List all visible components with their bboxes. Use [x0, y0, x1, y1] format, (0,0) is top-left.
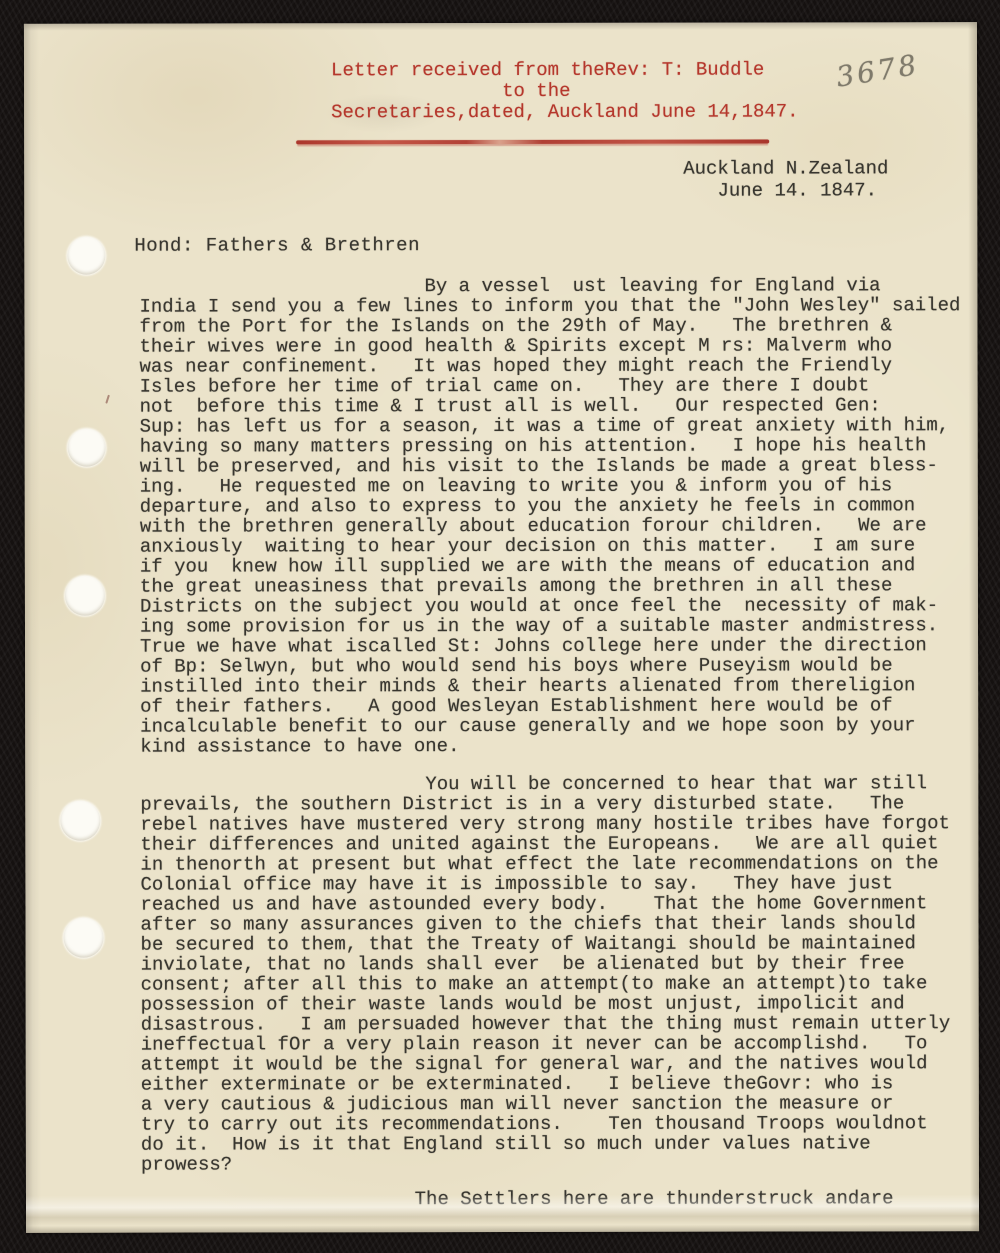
letter-line: By a vessel ust leaving for England via: [139, 275, 960, 296]
letter-line: Colonial office may have it is impossibl…: [140, 873, 961, 894]
paper-crease: [26, 1194, 979, 1226]
letter-line: Districts on the subject you would at on…: [140, 595, 961, 616]
letter-line: prevails, the southern District is in a …: [140, 793, 961, 814]
letter-line: of Bp: Selwyn, but who would send his bo…: [140, 655, 961, 676]
letter-line: ing. He requested me on leaving to write…: [140, 475, 961, 496]
punch-hole: [68, 429, 106, 467]
paragraph-1: By a vessel ust leaving for England viaI…: [139, 275, 961, 756]
letter-line: was near confinement. It was hoped they …: [140, 355, 961, 376]
letter-line: try to carry out its recommendations. Te…: [141, 1113, 962, 1134]
letter-line: with the brethren generally about educat…: [140, 515, 961, 536]
catalog-number-handwritten: 3678: [834, 48, 921, 94]
letter-line: consent; after all this to make an attem…: [141, 973, 962, 994]
letter-line: You will be concerned to hear that war s…: [140, 773, 961, 794]
pencil-tick-mark: [105, 395, 110, 404]
letter-line: attempt it would be the signal for gener…: [141, 1053, 962, 1074]
punch-hole: [67, 237, 105, 275]
letter-line: June 14. 1847.: [683, 179, 888, 201]
dateline: Auckland N.Zealand June 14. 1847.: [683, 157, 888, 201]
letter-line: ineffectual fOr a very plain reason it n…: [141, 1033, 962, 1054]
scan-background: Letter received from theRev: T: Buddle t…: [0, 0, 1000, 1253]
letter-line: True we have what iscalled St: Johns col…: [140, 635, 961, 656]
paragraph-2: You will be concerned to hear that war s…: [140, 773, 962, 1174]
letter-line: Auckland N.Zealand: [683, 157, 888, 179]
letter-line: Secretaries,dated, Auckland June 14,1847…: [331, 101, 799, 123]
letter-line: after so many assurances given to the ch…: [141, 913, 962, 934]
letter-line: disastrous. I am persuaded however that …: [141, 1013, 962, 1034]
letter-line: departure, and also to express to you th…: [140, 495, 961, 516]
letter-heading: Letter received from theRev: T: Buddle t…: [331, 59, 799, 123]
letter-line: of their fathers. A good Wesleyan Establ…: [140, 695, 961, 716]
letter-line: Letter received from theRev: T: Buddle: [331, 59, 799, 81]
letter-line: be secured to them, that the Treaty of W…: [141, 933, 962, 954]
letter-line: ing some provision for us in the way of …: [140, 615, 961, 636]
letter-line: inviolate, that no lands shall ever be a…: [141, 953, 962, 974]
letter-line: will be preserved, and his visit to the …: [140, 455, 961, 476]
letter-line: possession of their waste lands would be…: [141, 993, 962, 1014]
letter-line: rebel natives have mustered very strong …: [140, 813, 961, 834]
letter-line: incalculable benefit to our cause genera…: [140, 715, 961, 736]
letter-line: instilled into their minds & their heart…: [140, 675, 961, 696]
letter-line: having so many matters pressing on his a…: [140, 435, 961, 456]
letter-line: India I send you a few lines to inform y…: [139, 295, 960, 316]
punch-hole: [64, 918, 104, 958]
letter-line: reached us and have astounded every body…: [140, 893, 961, 914]
letter-line: if you knew how ill supplied we are with…: [140, 555, 961, 576]
letter-line: from the Port for the Islands on the 29t…: [139, 315, 960, 336]
punch-hole: [65, 576, 105, 616]
letter-body: By a vessel ust leaving for England viaI…: [139, 275, 962, 1209]
letter-line: in thenorth at present but what effect t…: [140, 853, 961, 874]
punch-hole: [60, 801, 100, 841]
letter-line: either exterminate or be exterminated. I…: [141, 1073, 962, 1094]
letter-line: prowess?: [141, 1153, 962, 1174]
letter-line: do it. How is it that England still so m…: [141, 1133, 962, 1154]
letter-line: anxiously waiting to hear your decision …: [140, 535, 961, 556]
heading-underline: [296, 140, 769, 145]
letter-page: Letter received from theRev: T: Buddle t…: [24, 22, 979, 1233]
letter-line: kind assistance to have one.: [140, 735, 961, 756]
letter-line: their differences and united against the…: [140, 833, 961, 854]
letter-line: the great uneasiness that prevails among…: [140, 575, 961, 596]
letter-line: Sup: has left us for a season, it was a …: [140, 415, 961, 436]
letter-line: Isles before her time of trial came on. …: [140, 375, 961, 396]
letter-line: a very cautious & judicious man will nev…: [141, 1093, 962, 1114]
letter-line: to the: [331, 80, 799, 102]
letter-line: their wives were in good health & Spirit…: [139, 335, 960, 356]
salutation: Hond: Fathers & Brethren: [134, 235, 420, 255]
letter-line: not before this time & I trust all is we…: [140, 395, 961, 416]
